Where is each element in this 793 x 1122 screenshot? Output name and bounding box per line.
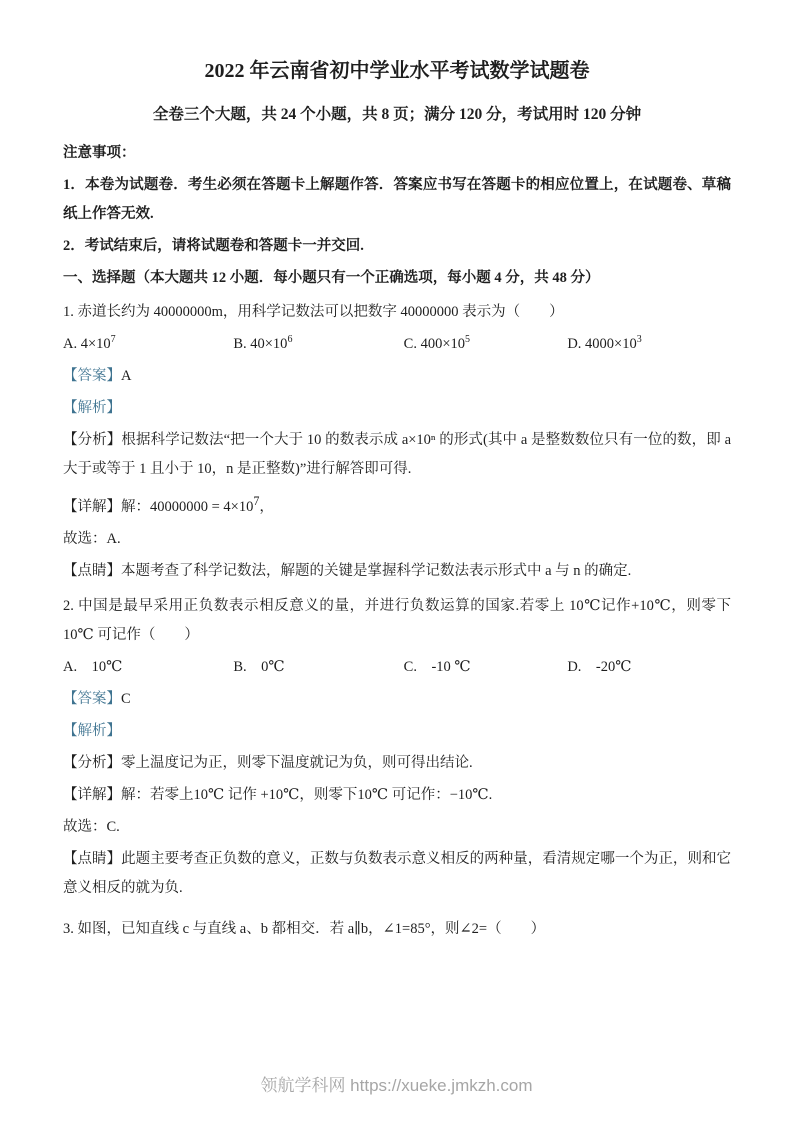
- question-2-answer-line: 【答案】C: [63, 685, 731, 714]
- question-1-analysis-label: 【解析】: [63, 394, 731, 423]
- answer-value: A: [121, 368, 131, 384]
- question-1-option-c: C. 400×105: [404, 330, 568, 359]
- question-2-detail: 【详解】解：若零上10℃ 记作 +10℃，则零下10℃ 可记作：−10℃.: [63, 781, 731, 810]
- answer-value: C: [121, 691, 131, 707]
- notice-item-2: 2．考试结束后，请将试题卷和答题卡一并交回.: [63, 232, 731, 261]
- question-1-conclusion: 故选：A.: [63, 525, 731, 554]
- question-2-option-c: C. -10 ℃: [404, 653, 568, 682]
- watermark: 领航学科网 https://xueke.jmkzh.com: [0, 1071, 793, 1096]
- notice-heading: 注意事项：: [63, 139, 731, 168]
- question-1-stem: 1. 赤道长约为 40000000m，用科学记数法可以把数字 40000000 …: [63, 298, 731, 327]
- question-2-conclusion: 故选：C.: [63, 813, 731, 842]
- question-1-note: 【点睛】本题考查了科学记数法，解题的关键是掌握科学记数法表示形式中 a 与 n …: [63, 557, 731, 586]
- question-2-analysis: 【分析】零上温度记为正，则零下温度就记为负，则可得出结论.: [63, 749, 731, 778]
- question-2-option-b: B. 0℃: [233, 653, 403, 682]
- section-heading: 一、选择题（本大题共 12 小题．每小题只有一个正确选项，每小题 4 分，共 4…: [63, 264, 731, 293]
- answer-label: 【答案】: [63, 691, 121, 707]
- question-3-stem: 3. 如图，已知直线 c 与直线 a、b 都相交．若 a∥b，∠1=85°，则∠…: [63, 915, 731, 944]
- question-1-option-a: A. 4×107: [63, 330, 233, 359]
- question-1-options: A. 4×107 B. 40×106 C. 400×105 D. 4000×10…: [63, 330, 731, 359]
- question-2-stem: 2. 中国是最早采用正负数表示相反意义的量，并进行负数运算的国家.若零上 10℃…: [63, 592, 731, 650]
- question-1-option-d: D. 4000×103: [567, 330, 731, 359]
- notice-item-1: 1．本卷为试题卷．考生必须在答题卡上解题作答．答案应书写在答题卡的相应位置上，在…: [63, 171, 731, 229]
- page-title: 2022 年云南省初中学业水平考试数学试题卷: [63, 56, 731, 86]
- question-2-note: 【点睛】此题主要考查正负数的意义，正数与负数表示意义相反的两种量，看清规定哪一个…: [63, 845, 731, 903]
- question-1-detail: 【详解】解：40000000 = 4×107，: [63, 487, 731, 522]
- question-2-option-a: A. 10℃: [63, 653, 233, 682]
- exam-summary: 全卷三个大题，共 24 个小题，共 8 页；满分 120 分，考试用时 120 …: [63, 100, 731, 129]
- question-1-option-b: B. 40×106: [233, 330, 403, 359]
- question-2-analysis-label: 【解析】: [63, 717, 731, 746]
- document-content: 2022 年云南省初中学业水平考试数学试题卷 全卷三个大题，共 24 个小题，共…: [0, 0, 793, 944]
- question-1-analysis: 【分析】根据科学记数法“把一个大于 10 的数表示成 a×10ⁿ 的形式(其中 …: [63, 426, 731, 484]
- answer-label: 【答案】: [63, 368, 121, 384]
- exam-document-page: 2022 年云南省初中学业水平考试数学试题卷 全卷三个大题，共 24 个小题，共…: [0, 0, 793, 1122]
- question-2-options: A. 10℃ B. 0℃ C. -10 ℃ D. -20℃: [63, 653, 731, 682]
- question-1-answer-line: 【答案】A: [63, 362, 731, 391]
- question-2-option-d: D. -20℃: [567, 653, 731, 682]
